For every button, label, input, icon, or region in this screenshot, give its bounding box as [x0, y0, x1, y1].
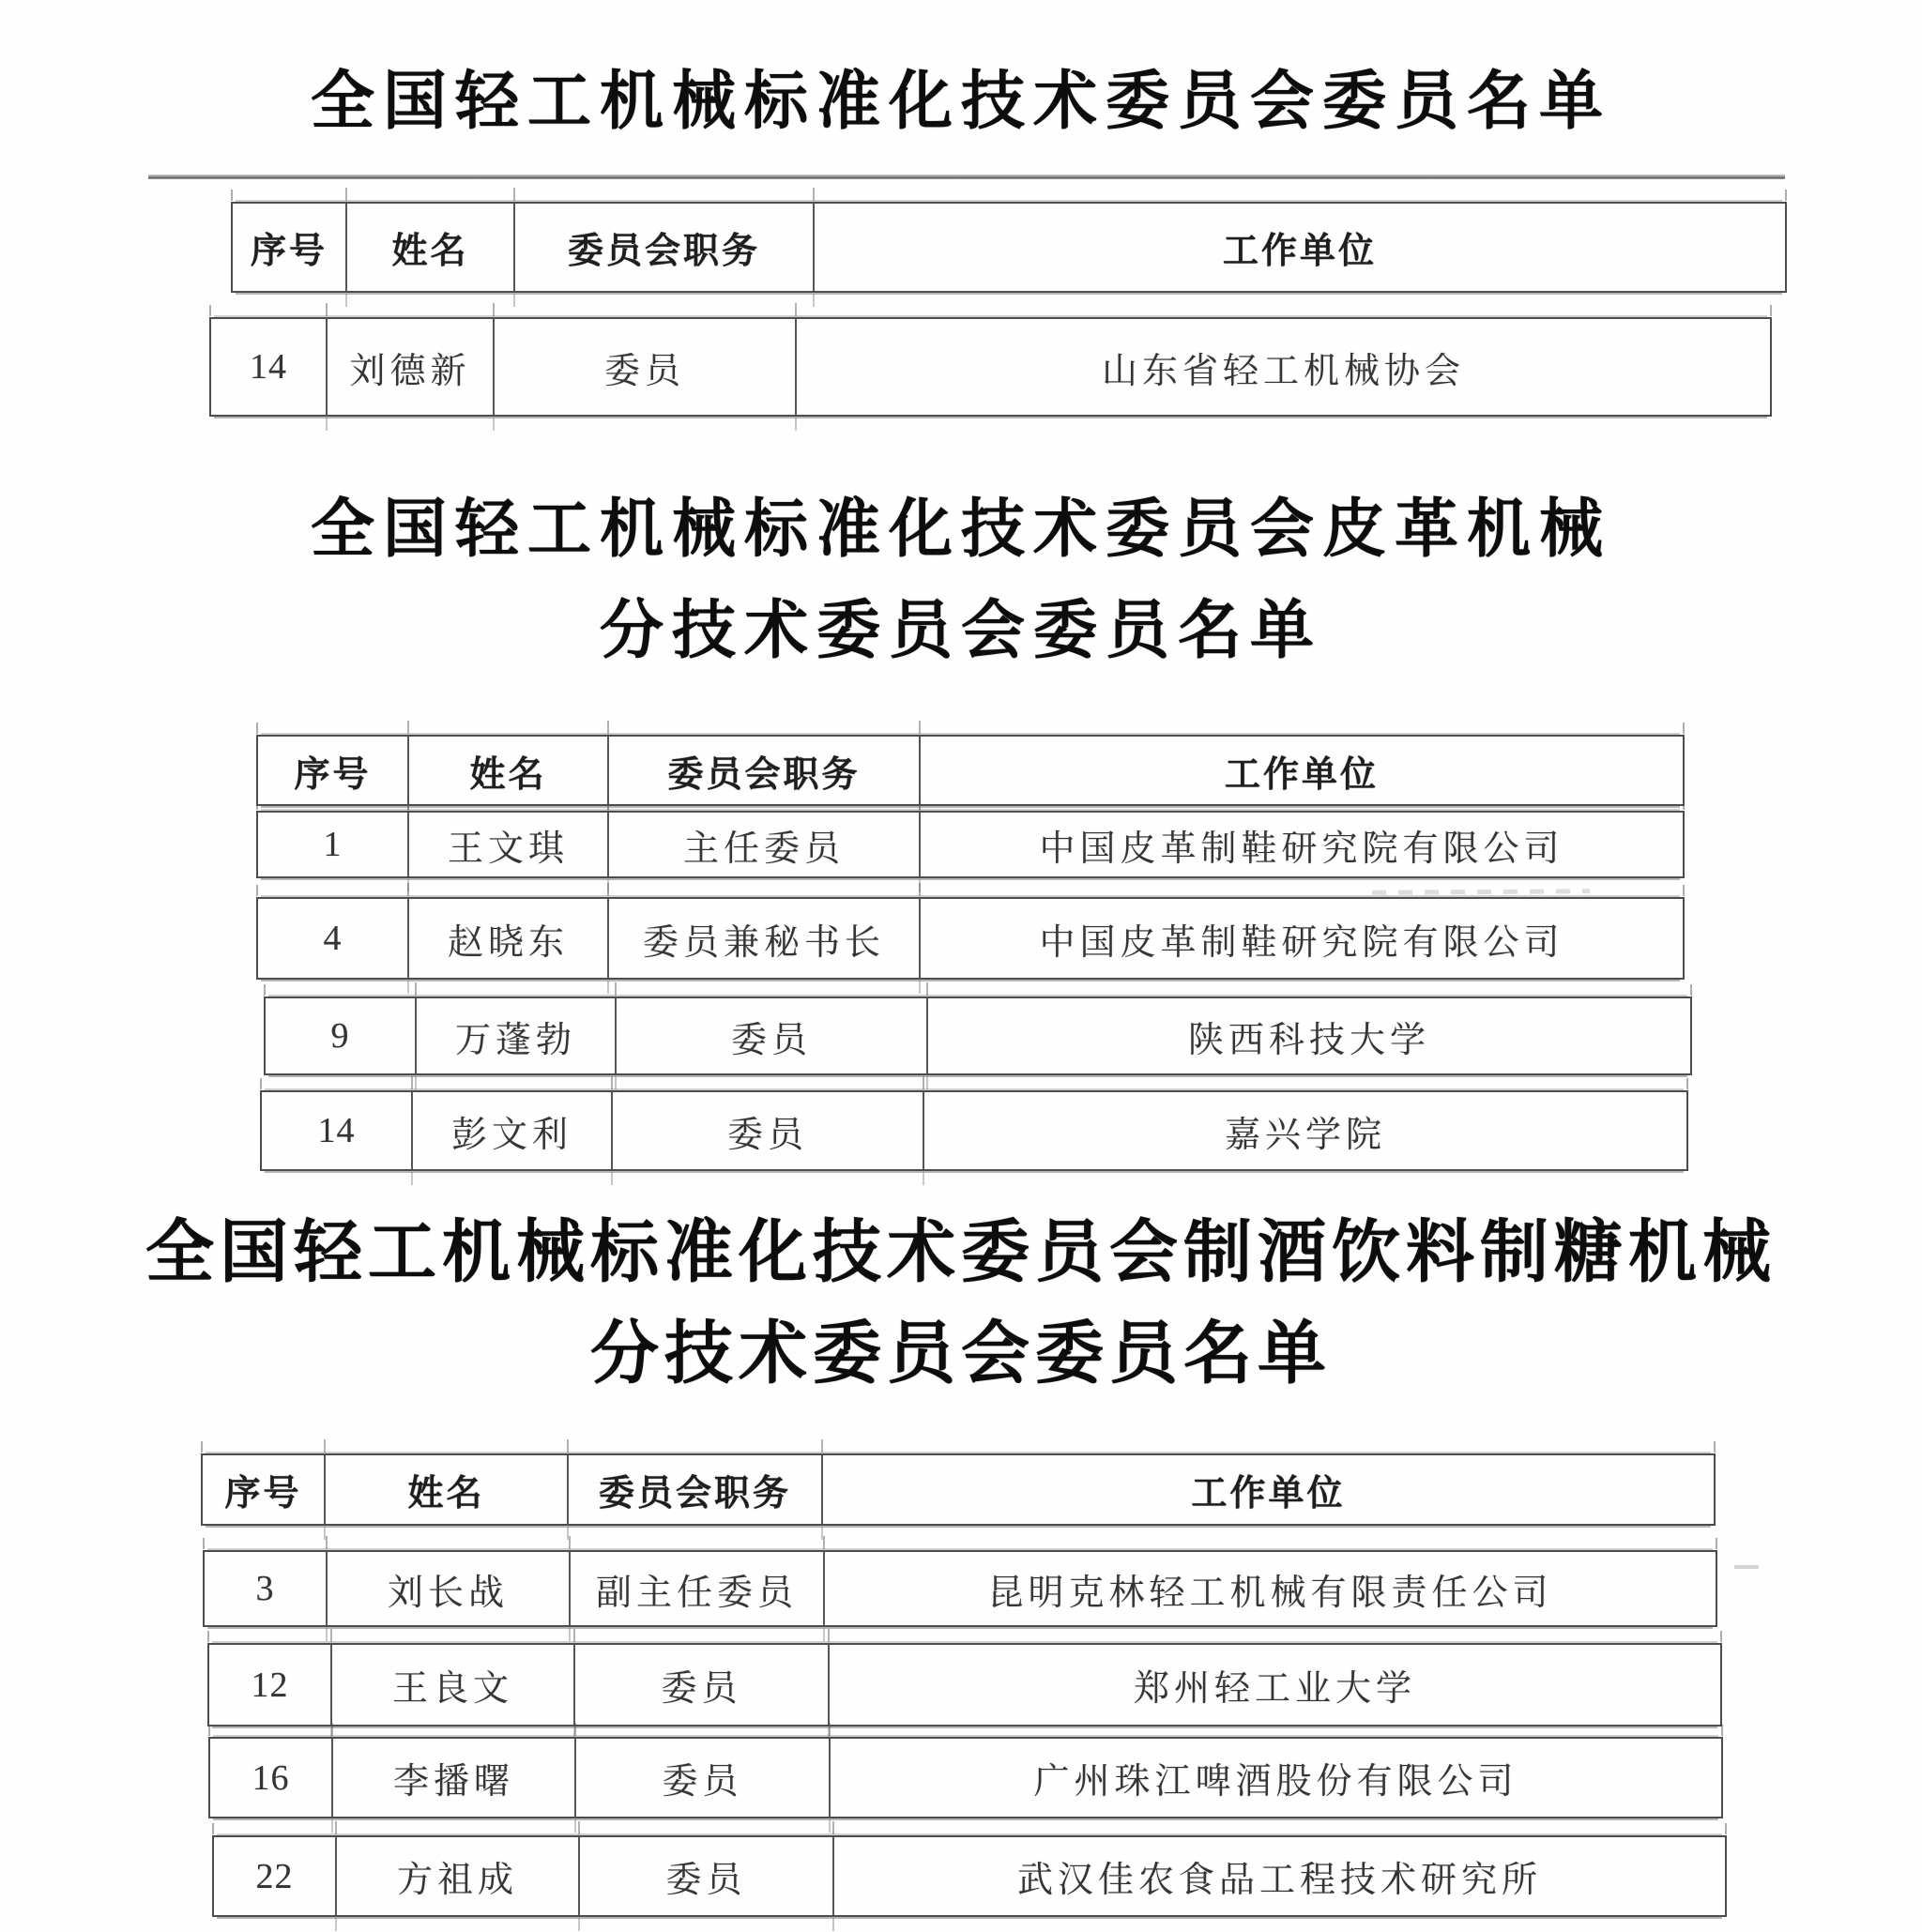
position-cell: 委员兼秘书长 — [607, 899, 919, 978]
member-name-cell: 刘长战 — [326, 1552, 569, 1625]
organization-cell: 中国皮革制鞋研究院有限公司 — [919, 813, 1683, 876]
section-3-title-line-2: 分技术委员会委员名单 — [0, 1319, 1922, 1388]
position-cell: 委员 — [611, 1092, 923, 1169]
table-3-header-position: 委员会职务 — [567, 1455, 821, 1524]
position-cell: 委员 — [615, 998, 926, 1073]
table-1-header-position: 委员会职务 — [513, 204, 813, 291]
table-3-header-no: 序号 — [203, 1455, 324, 1524]
table-2-header-position: 委员会职务 — [607, 737, 919, 804]
table-2-header-row: 序号 姓名 委员会职务 工作单位 — [256, 735, 1685, 806]
organization-cell: 中国皮革制鞋研究院有限公司 — [919, 899, 1683, 978]
organization-cell: 昆明克林轻工机械有限责任公司 — [823, 1552, 1716, 1625]
organization-cell: 广州珠江啤酒股份有限公司 — [829, 1739, 1721, 1817]
table-2-row: 4 赵晓东 委员兼秘书长 中国皮革制鞋研究院有限公司 — [256, 897, 1685, 980]
scan-artifact-tick — [1734, 1565, 1759, 1569]
organization-cell: 郑州轻工业大学 — [828, 1645, 1720, 1725]
member-name-cell: 刘德新 — [326, 319, 493, 415]
organization-cell: 嘉兴学院 — [923, 1092, 1686, 1169]
row-number-cell: 1 — [258, 813, 407, 876]
section-3-title-line-1: 全国轻工机械标准化技术委员会制酒饮料制糖机械 — [0, 1218, 1922, 1286]
position-cell: 委员 — [578, 1837, 832, 1915]
table-3-row: 16 李播曙 委员 广州珠江啤酒股份有限公司 — [208, 1737, 1723, 1818]
scanned-document-page: 全国轻工机械标准化技术委员会委员名单 序号 姓名 委员会职务 工作单位 14 刘… — [0, 0, 1922, 1932]
title-divider-line — [148, 175, 1785, 179]
row-number-cell: 3 — [205, 1552, 326, 1625]
row-number-cell: 14 — [211, 319, 326, 415]
member-name-cell: 赵晓东 — [407, 899, 607, 978]
table-2-header-name: 姓名 — [407, 737, 607, 804]
row-number-cell: 4 — [258, 899, 407, 978]
row-number-cell: 9 — [266, 998, 415, 1073]
organization-cell: 武汉佳农食品工程技术研究所 — [832, 1837, 1725, 1915]
table-1-header-row: 序号 姓名 委员会职务 工作单位 — [231, 202, 1787, 293]
position-cell: 副主任委员 — [569, 1552, 823, 1625]
row-number-cell: 14 — [262, 1092, 411, 1169]
table-1-header-org: 工作单位 — [813, 204, 1785, 291]
table-1-row: 14 刘德新 委员 山东省轻工机械协会 — [209, 317, 1772, 417]
table-1-header-name: 姓名 — [345, 204, 513, 291]
table-2-header-no: 序号 — [258, 737, 407, 804]
table-3-header-name: 姓名 — [324, 1455, 567, 1524]
row-number-cell: 22 — [214, 1837, 335, 1915]
member-name-cell: 王良文 — [330, 1645, 573, 1725]
table-2-row: 9 万蓬勃 委员 陕西科技大学 — [264, 996, 1692, 1075]
section-2-title-line-2: 分技术委员会委员名单 — [0, 599, 1922, 662]
position-cell: 委员 — [573, 1645, 828, 1725]
table-2-header-org: 工作单位 — [919, 737, 1683, 804]
member-name-cell: 万蓬勃 — [415, 998, 615, 1073]
table-3-row: 3 刘长战 副主任委员 昆明克林轻工机械有限责任公司 — [203, 1550, 1717, 1627]
member-name-cell: 李播曙 — [331, 1739, 574, 1817]
row-number-cell: 12 — [209, 1645, 330, 1725]
member-name-cell: 王文琪 — [407, 813, 607, 876]
organization-cell: 陕西科技大学 — [926, 998, 1690, 1073]
table-2-row: 14 彭文利 委员 嘉兴学院 — [260, 1090, 1688, 1171]
position-cell: 委员 — [493, 319, 795, 415]
table-3-row: 12 王良文 委员 郑州轻工业大学 — [207, 1643, 1722, 1727]
member-name-cell: 彭文利 — [411, 1092, 611, 1169]
organization-cell: 山东省轻工机械协会 — [795, 319, 1770, 415]
scan-artifact-dots — [1372, 889, 1590, 895]
section-2-title-line-1: 全国轻工机械标准化技术委员会皮革机械 — [0, 497, 1922, 561]
table-3-header-org: 工作单位 — [821, 1455, 1714, 1524]
member-name-cell: 方祖成 — [335, 1837, 578, 1915]
position-cell: 主任委员 — [607, 813, 919, 876]
position-cell: 委员 — [574, 1739, 829, 1817]
row-number-cell: 16 — [210, 1739, 331, 1817]
section-1-title: 全国轻工机械标准化技术委员会委员名单 — [0, 69, 1922, 133]
table-2-row: 1 王文琪 主任委员 中国皮革制鞋研究院有限公司 — [256, 811, 1685, 878]
table-3-row: 22 方祖成 委员 武汉佳农食品工程技术研究所 — [212, 1835, 1727, 1917]
table-3-header-row: 序号 姓名 委员会职务 工作单位 — [201, 1453, 1716, 1526]
table-1-header-no: 序号 — [233, 204, 345, 291]
